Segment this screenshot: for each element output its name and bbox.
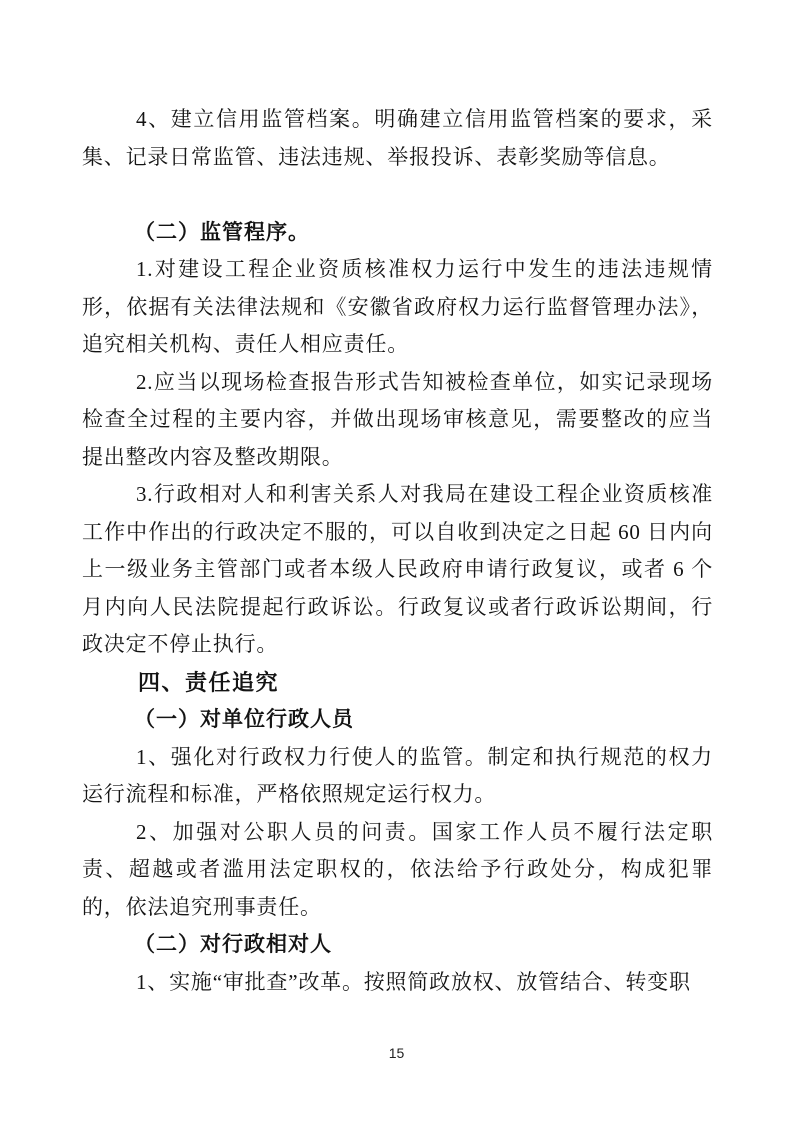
subsection-heading-unit-admin-staff: （一）对单位行政人员 xyxy=(82,701,713,739)
body-paragraph: 4、建立信用监管档案。明确建立信用监管档案的要求，采集、记录日常监管、违法违规、… xyxy=(82,101,713,176)
subsection-heading-supervision-procedure: （二）监管程序。 xyxy=(82,214,713,252)
body-paragraph: 1.对建设工程企业资质核准权力运行中发生的违法违规情形，依据有关法律法规和《安徽… xyxy=(82,251,713,364)
body-paragraph: 1、实施“审批查”改革。按照简政放权、放管结合、转变职 xyxy=(82,964,713,1002)
blank-line xyxy=(82,176,713,214)
body-paragraph: 2.应当以现场检查报告形式告知被检查单位，如实记录现场检查全过程的主要内容，并做… xyxy=(82,364,713,477)
subsection-heading-administrative-counterpart: （二）对行政相对人 xyxy=(82,926,713,964)
page-number: 15 xyxy=(0,1046,793,1060)
body-paragraph: 1、强化对行政权力行使人的监管。制定和执行规范的权力运行流程和标准，严格依照规定… xyxy=(82,739,713,814)
body-paragraph: 2、加强对公职人员的问责。国家工作人员不履行法定职责、超越或者滥用法定职权的，依… xyxy=(82,814,713,927)
document-page: 4、建立信用监管档案。明确建立信用监管档案的要求，采集、记录日常监管、违法违规、… xyxy=(0,0,793,1122)
body-paragraph: 3.行政相对人和利害关系人对我局在建设工程企业资质核准工作中作出的行政决定不服的… xyxy=(82,476,713,664)
section-heading-responsibility: 四、责任追究 xyxy=(82,664,713,702)
